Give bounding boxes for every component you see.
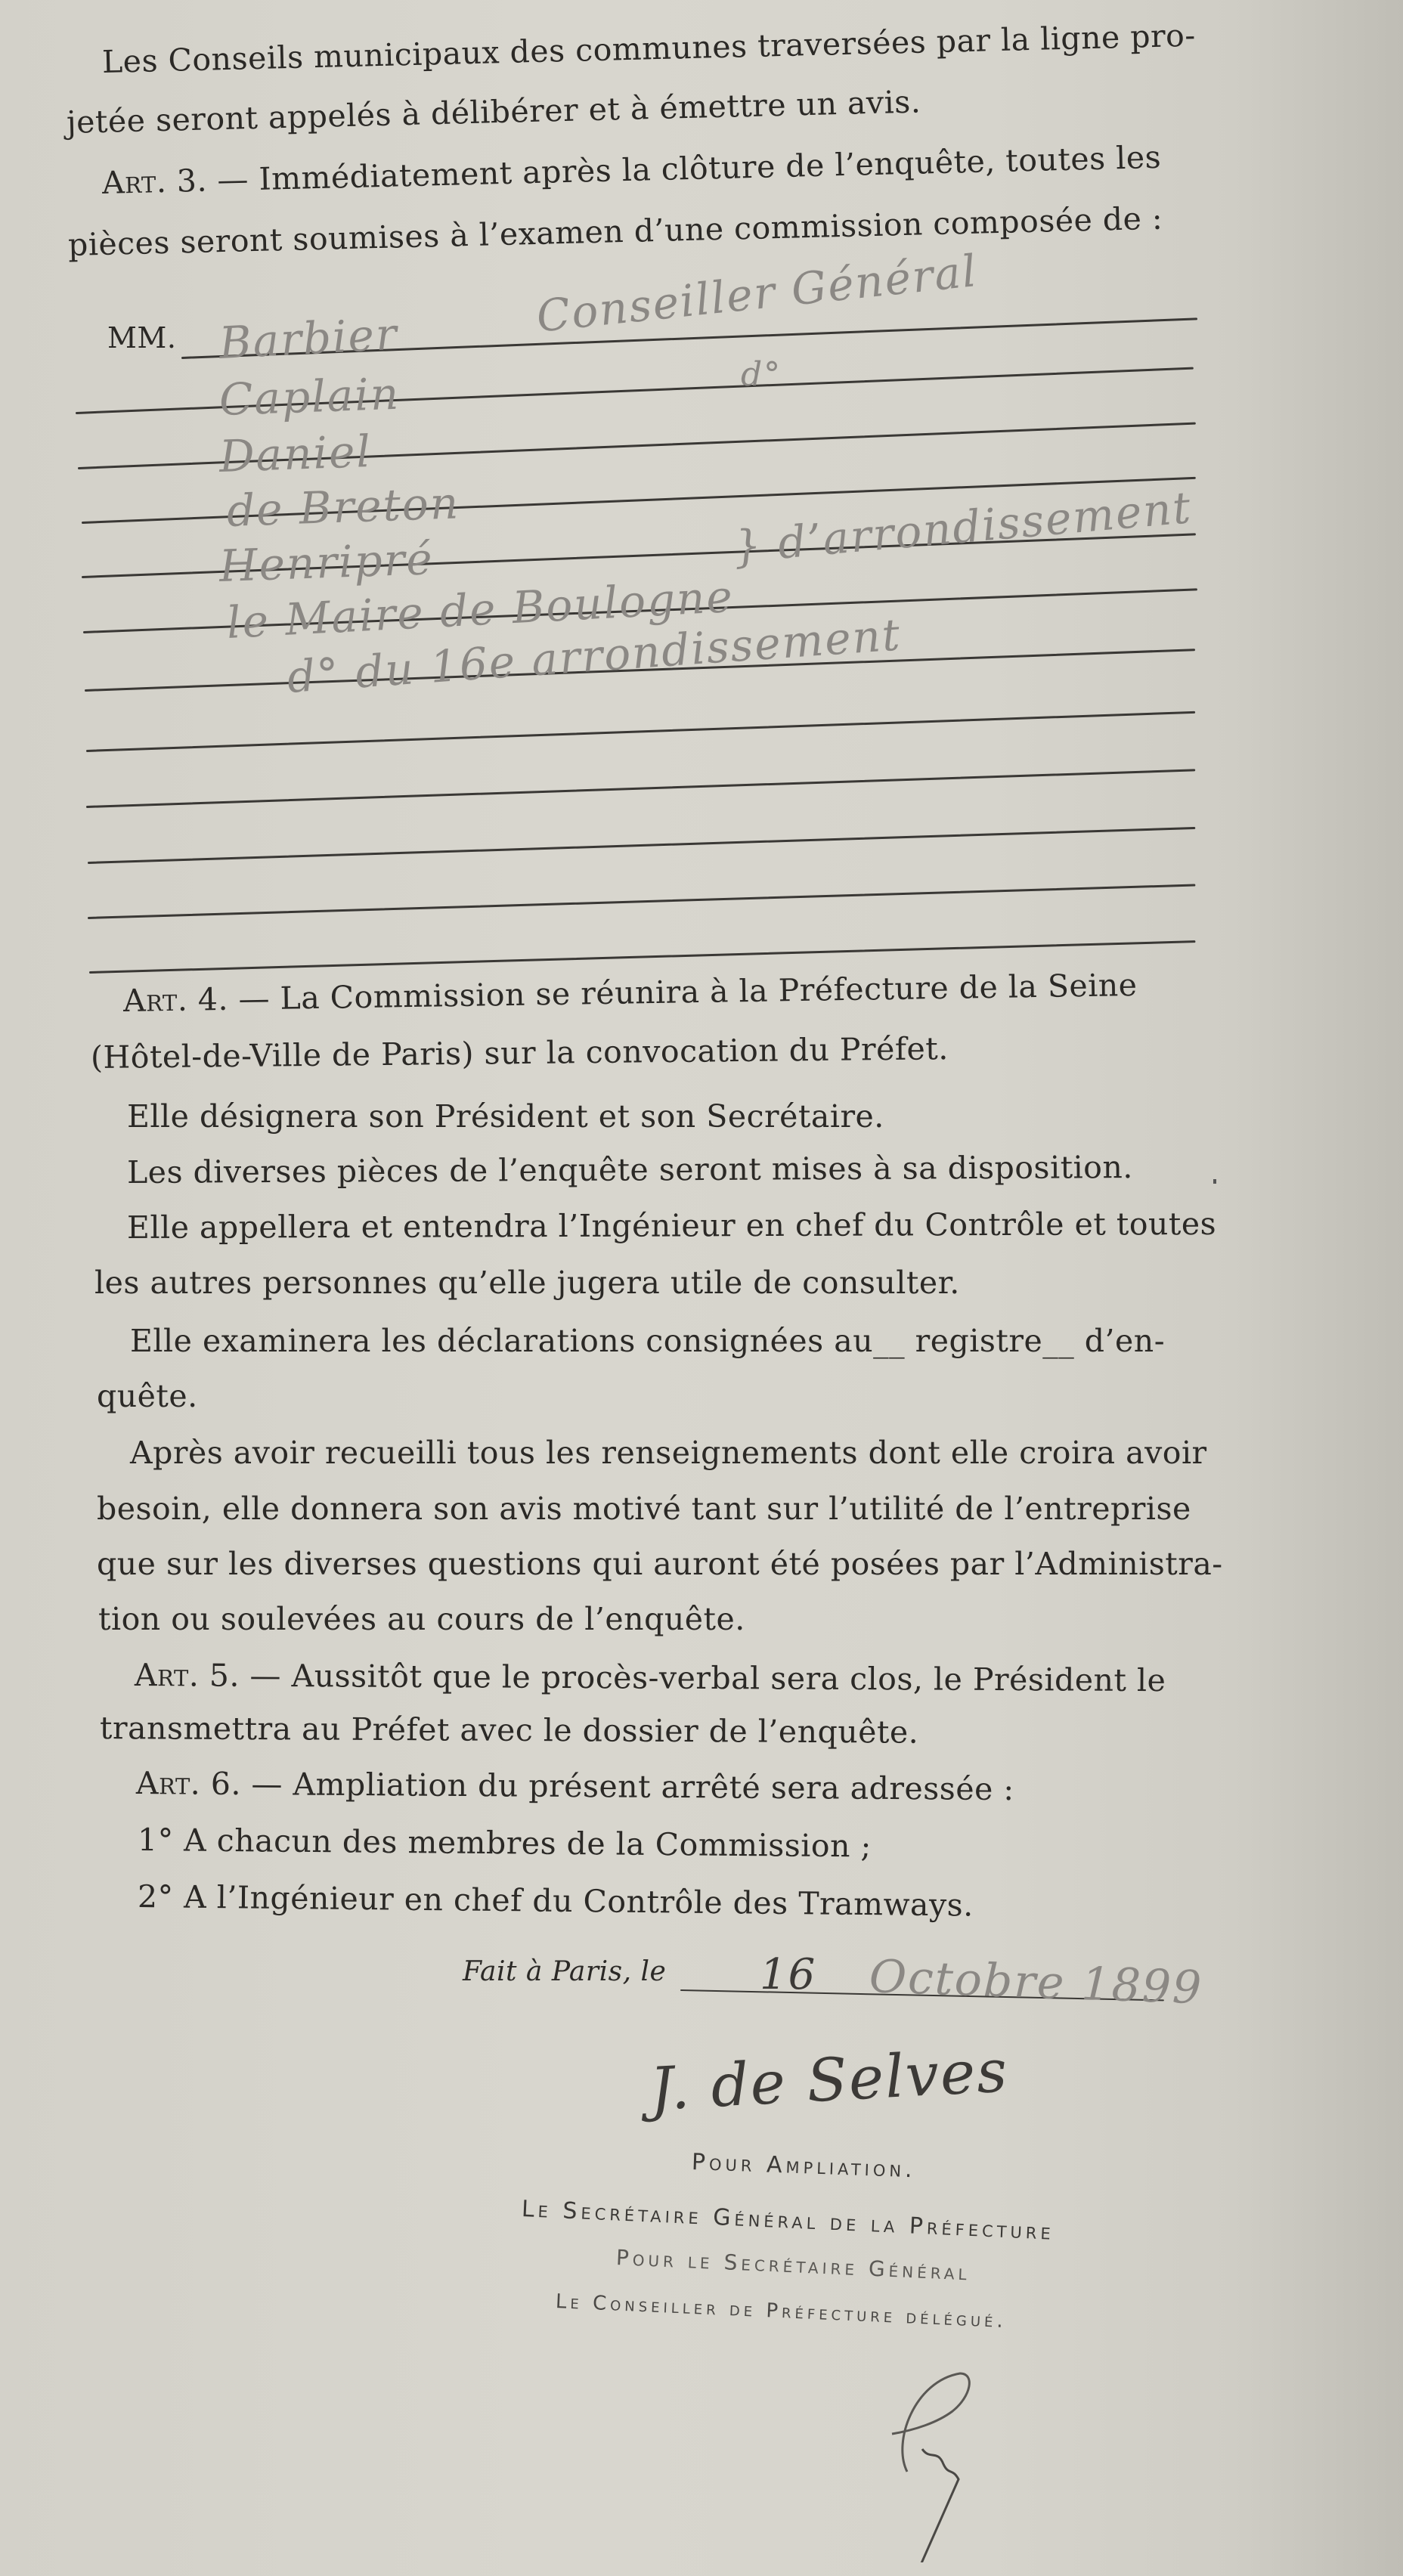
paper-speck (1213, 1179, 1216, 1184)
stamp-line-2: Le Secrétaire Général de la Préfecture (521, 2196, 1055, 2246)
art6-item-1: 1° A chacun des membres de la Commission… (138, 1822, 872, 1864)
stamp-line-1: Pour Ampliation. (691, 2149, 916, 2183)
prefect-signature: J. de Selves (649, 2037, 1011, 2124)
art4-p6-line-2: besoin, elle donnera son avis motivé tan… (97, 1491, 1191, 1527)
art3-text: — Immédiatement après la clôture de l’en… (206, 139, 1161, 199)
date-day: 16 (760, 1950, 816, 1999)
form-line-8 (86, 711, 1195, 752)
art6-label: Art. 6. (136, 1765, 241, 1802)
art4-text: — La Commission se réunira à la Préfectu… (228, 967, 1138, 1017)
date-month-year: Octobre 1899 (869, 1950, 1204, 2014)
stamp-line-4: Le Conseiller de Préfecture délégué. (555, 2290, 1007, 2333)
mm-prefix: MM. (107, 321, 176, 355)
member-1-title: Conseiller Général (534, 245, 980, 342)
art4-line-2: (Hôtel-de-Ville de Paris) sur la convoca… (91, 1030, 949, 1076)
art6-item-2: 2° A l’Ingénieur en chef du Contrôle des… (138, 1878, 974, 1924)
art4-p2: Elle désignera son Président et son Secr… (127, 1098, 884, 1135)
member-4-name: de Breton (226, 477, 460, 537)
art3-line-2: pièces seront soumises à l’examen d’une … (67, 200, 1163, 263)
member-5-title: } d’arrondissement (731, 481, 1194, 573)
art3-line-1: Art. 3. — Immédiatement après la clôture… (101, 139, 1161, 201)
stamp-line-3: Pour le Secrétaire Général (615, 2245, 971, 2285)
art4-p5-line-2: quête. (97, 1378, 198, 1414)
member-2-name: Caplain (218, 368, 401, 426)
art4-p6-line-3: que sur les diverses questions qui auron… (97, 1546, 1223, 1582)
member-1-name: Barbier (218, 308, 399, 369)
art5-line-1: Art. 5. — Aussitôt que le procès-verbal … (135, 1657, 1166, 1698)
art4-p4-line-2: les autres personnes qu’elle jugera util… (94, 1265, 960, 1301)
art4-p3: Les diverses pièces de l’enquête seront … (127, 1149, 1133, 1190)
member-3-name: Daniel (218, 426, 373, 482)
initials-signature-icon (847, 2336, 998, 2562)
art4-p5-line-1: Elle examinera les déclarations consigné… (130, 1323, 1165, 1359)
art4-p4-line-1: Elle appellera et entendra l’Ingénieur e… (127, 1206, 1216, 1246)
member-5-name: Henripré (218, 533, 435, 592)
form-line-11 (88, 884, 1195, 919)
art5-line-2: transmettra au Préfet avec le dossier de… (100, 1710, 919, 1751)
art5-text: — Aussitôt que le procès-verbal sera clo… (240, 1658, 1166, 1698)
art4-p6-line-4: tion ou soulevées au cours de l’enquête. (98, 1601, 745, 1637)
form-line-9 (86, 769, 1195, 808)
intro-line-1: Les Conseils municipaux des communes tra… (101, 17, 1196, 80)
intro-line-2: jetée seront appelés à délibérer et à ém… (66, 83, 921, 141)
fait-a-paris-label: Fait à Paris, le (463, 1956, 666, 1987)
art3-label: Art. 3. (101, 163, 207, 201)
art6-line-1: Art. 6. — Ampliation du présent arrêté s… (136, 1765, 1014, 1807)
member-2-title: d° (741, 355, 782, 394)
art4-line-1: Art. 4. — La Commission se réunira à la … (123, 967, 1138, 1019)
art5-label: Art. 5. (135, 1657, 240, 1694)
art4-p6-line-1: Après avoir recueilli tous les renseigne… (130, 1435, 1207, 1471)
form-line-10 (88, 827, 1195, 864)
art4-label: Art. 4. (123, 981, 229, 1019)
document-page: Les Conseils municipaux des communes tra… (0, 0, 1403, 2576)
art6-text: — Ampliation du présent arrêté sera adre… (241, 1766, 1014, 1807)
